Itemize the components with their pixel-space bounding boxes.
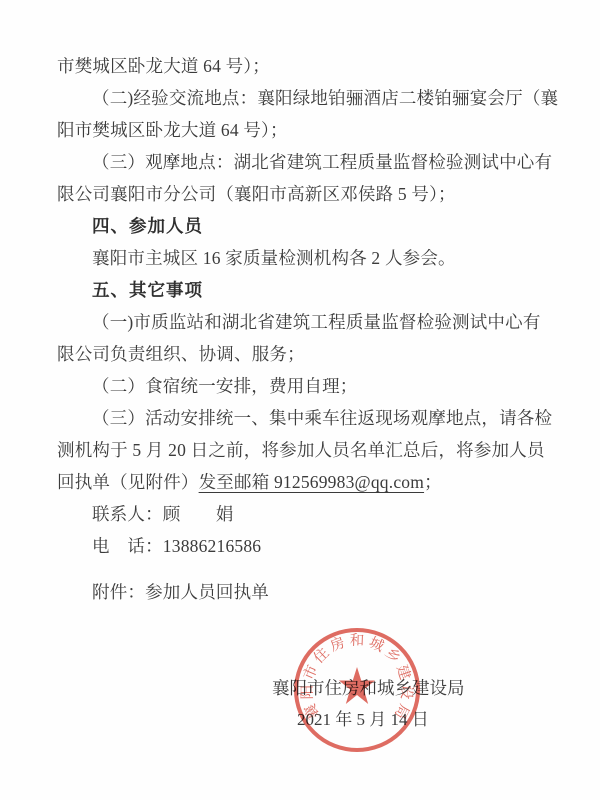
document-body: 市樊城区卧龙大道 64 号）； （二)经验交流地点：襄阳绿地铂骊酒店二楼铂骊宴会… — [57, 50, 545, 608]
doc-line: （一)市质监站和湖北省建筑工程质量监督检验测试中心有 — [57, 306, 545, 338]
doc-line: 阳市樊城区卧龙大道 64 号）； — [57, 114, 545, 146]
doc-line: （三）活动安排统一、集中乘车往返现场观摩地点，请各检 — [57, 402, 545, 434]
contact-person-line: 联系人：顾 娟 — [57, 498, 545, 530]
attachment-line: 附件：参加人员回执单 — [57, 576, 545, 608]
doc-line: （三）观摩地点：湖北省建筑工程质量监督检验测试中心有 — [57, 146, 545, 178]
doc-line: 限公司襄阳市分公司（襄阳市高新区邓侯路 5 号）； — [57, 178, 545, 210]
phone-number-line: 电 话：13886216586 — [57, 530, 545, 562]
doc-line: 测机构于 5 月 20 日之前，将参加人员名单汇总后，将参加人员 — [57, 434, 545, 466]
section-heading-other-matters: 五、其它事项 — [57, 274, 545, 306]
doc-line: 市樊城区卧龙大道 64 号）； — [57, 50, 545, 82]
doc-line: 限公司负责组织、协调、服务； — [57, 338, 545, 370]
scanned-document-page: 市樊城区卧龙大道 64 号）； （二)经验交流地点：襄阳绿地铂骊酒店二楼铂骊宴会… — [0, 0, 600, 800]
doc-line: （二）食宿统一安排，费用自理； — [57, 370, 545, 402]
return-slip-text: 回执单（见附件） — [57, 472, 199, 492]
doc-line: 襄阳市主城区 16 家质量检测机构各 2 人参会。 — [57, 242, 545, 274]
official-seal: 襄阳市住房和城乡建设局 — [292, 626, 422, 754]
doc-line-return-slip: 回执单（见附件）发至邮箱 912569983@qq.com； — [57, 466, 545, 498]
doc-line: （二)经验交流地点：襄阳绿地铂骊酒店二楼铂骊宴会厅（襄 — [57, 82, 545, 114]
section-heading-participants: 四、参加人员 — [57, 210, 545, 242]
email-address: 发至邮箱 912569983@qq.com — [199, 472, 424, 492]
seal-star-icon — [339, 667, 375, 704]
return-slip-punct: ； — [424, 472, 442, 492]
